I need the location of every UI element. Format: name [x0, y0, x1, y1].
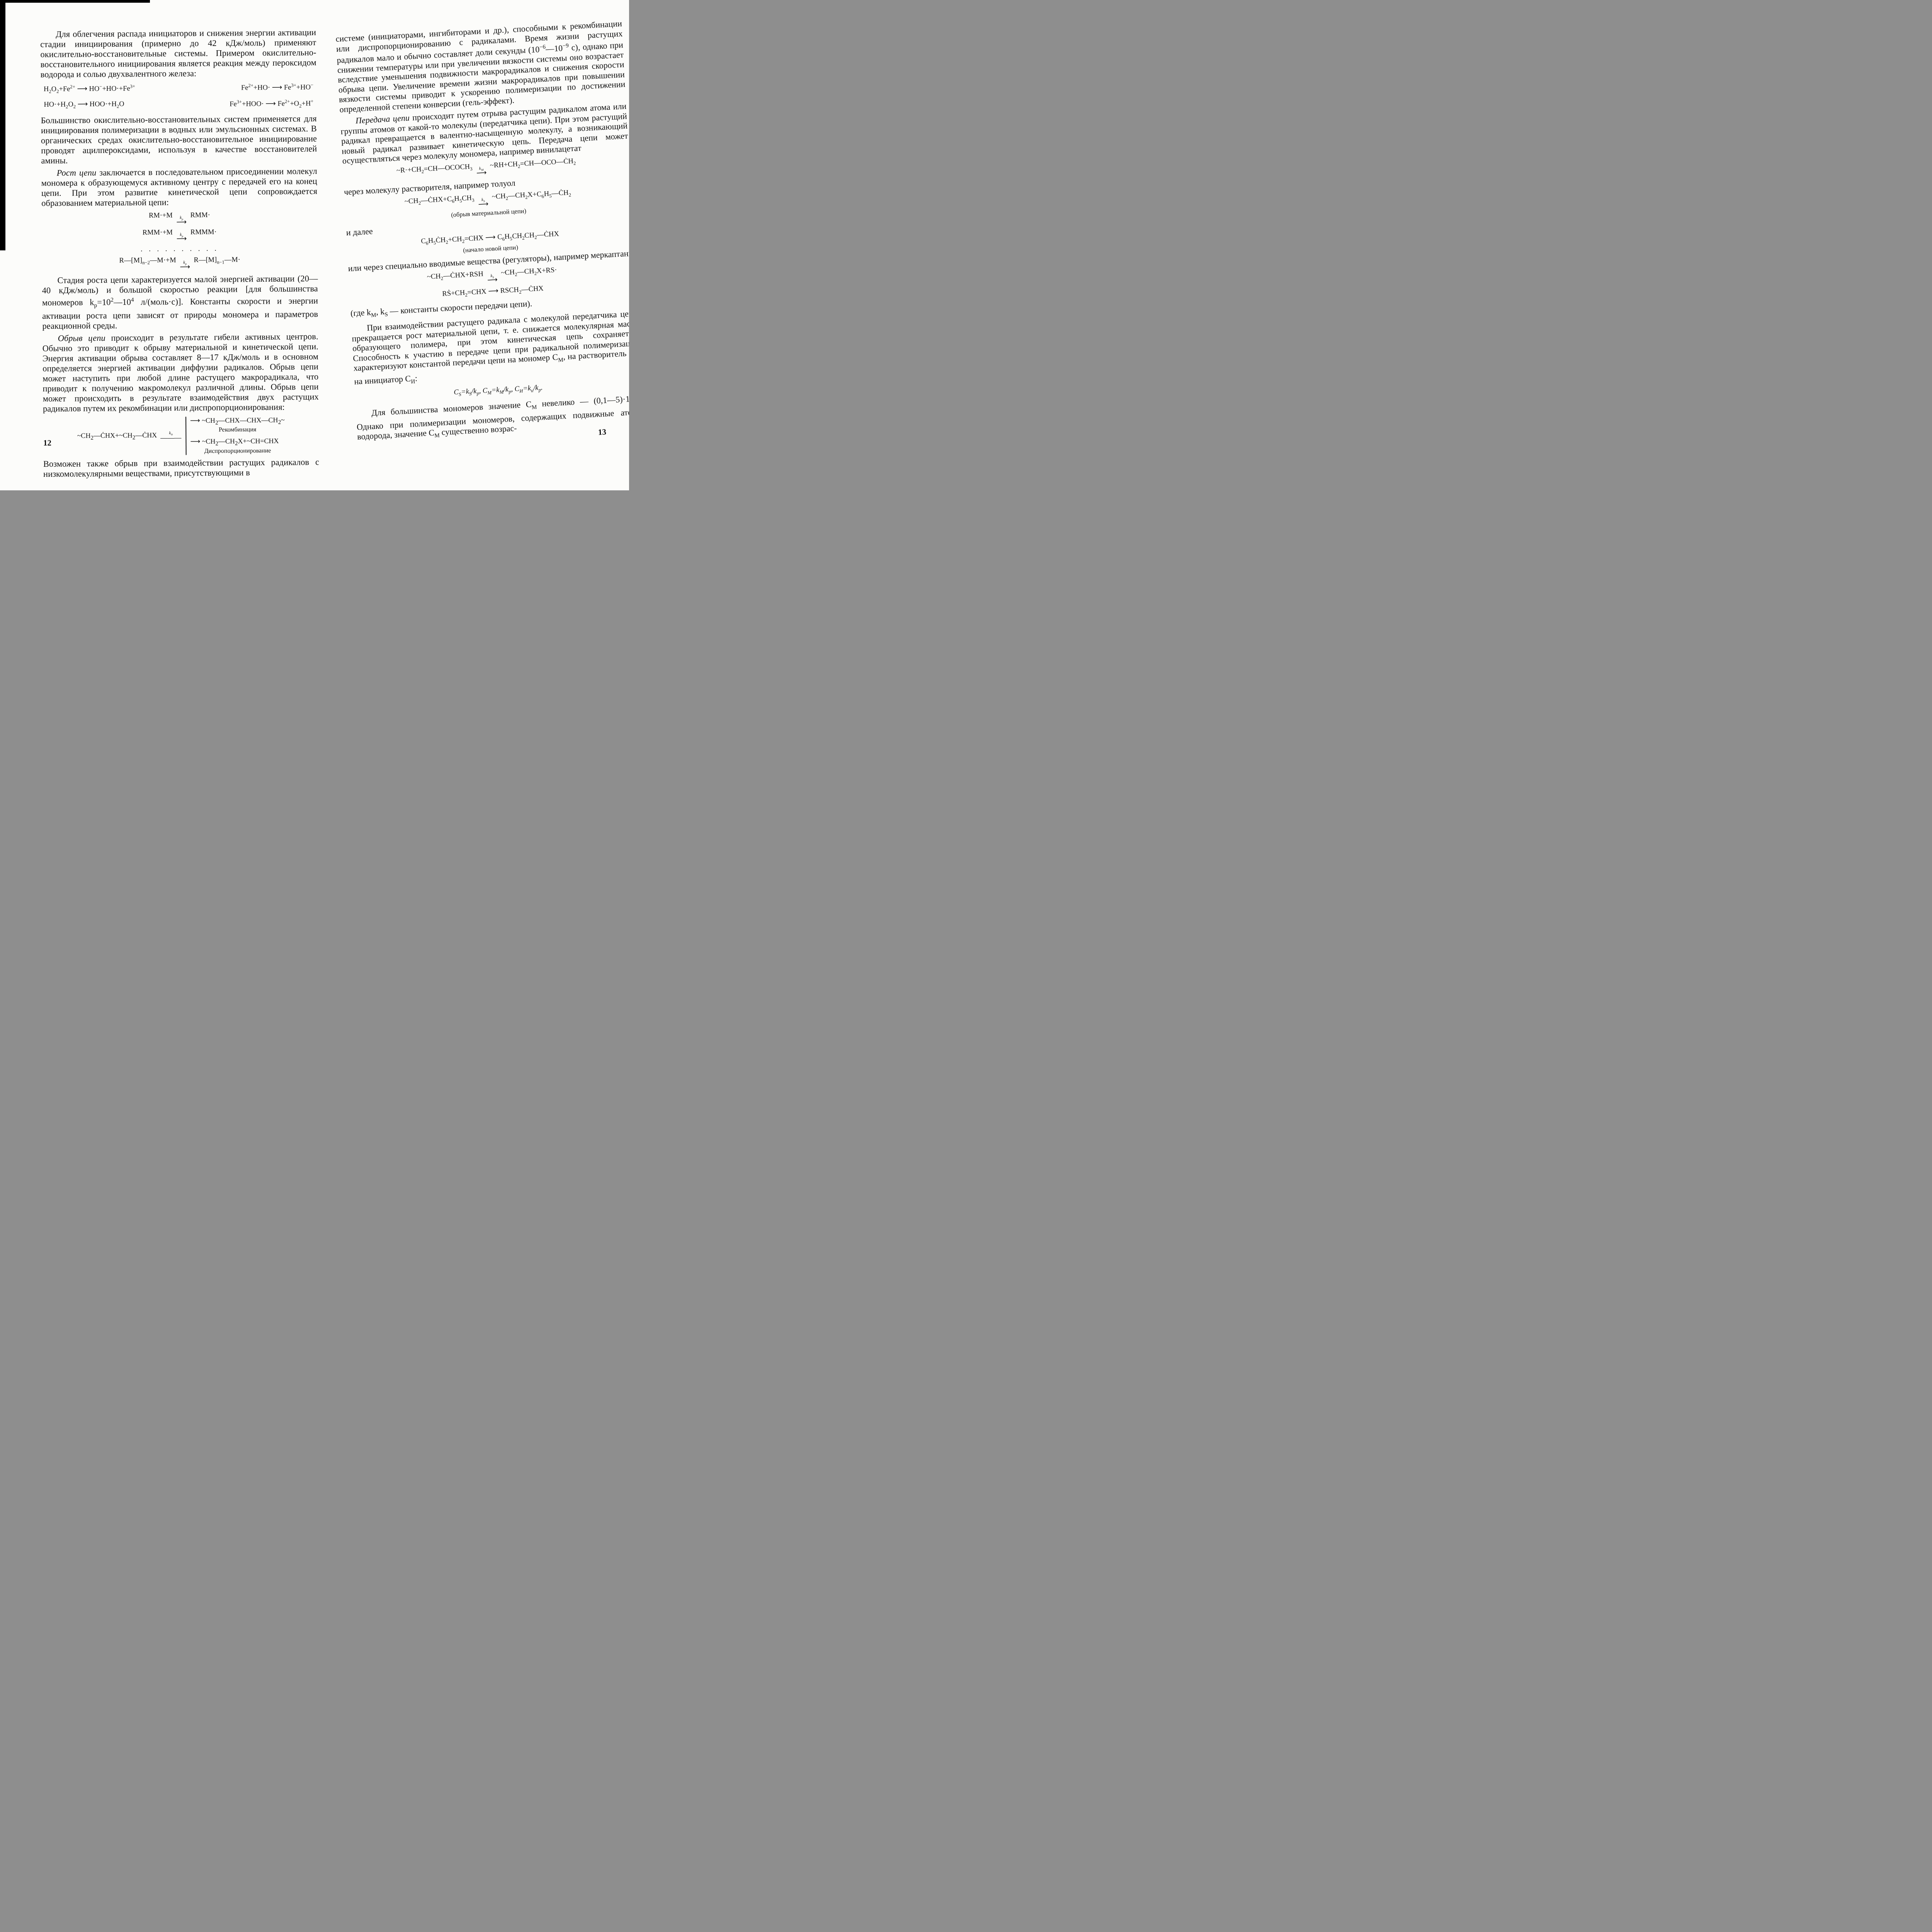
arrow-line: ———: [160, 435, 181, 441]
term-chain-growth: Рост цепи: [57, 168, 97, 178]
branch-disproportionation: ⟶ ~CH2—CH2X+~CH=CHX Диспропорционировани…: [190, 437, 285, 455]
page-right: системе (инициаторами, ингибиторами и др…: [335, 19, 629, 448]
caption-recombination: Рекомбинация: [190, 426, 285, 434]
equation-growth-3: R—[M]n−2—M·+M kр⟶ R—[M]n−1—M·: [42, 255, 318, 271]
equation-redox-2: Fe2++HO· ⟶ Fe3++HO−: [241, 82, 313, 94]
paragraph-redox-initiation: Для облегчения распада инициаторов и сни…: [40, 27, 316, 80]
scan-edge-artifact-left: [0, 0, 5, 250]
paragraph-growth-stage: Стадия роста цепи характеризуется малой …: [42, 274, 318, 331]
paragraph-transfer-effect: При взаимодействии растущего радикала с …: [351, 308, 629, 390]
equation-growth-2: RMM·+M kр⟶ RMMM·: [42, 227, 318, 243]
equation-termination-left: ~CH2—ĊHX+~CH2—ĊHX: [77, 431, 157, 441]
arrow-k-termination: kо ———: [160, 431, 181, 441]
page-left: Для облегчения распада инициаторов и сни…: [40, 27, 319, 481]
equation-growth-1: RM·+M kр⟶ RMM·: [41, 210, 317, 226]
term-chain-termination: Обрыв цепи: [58, 333, 105, 343]
paragraph-redox-usage: Большинство окислительно-восстановительн…: [41, 114, 317, 166]
page-number-13: 13: [598, 427, 606, 437]
scanned-book-spread: Для облегчения распада инициаторов и сни…: [0, 0, 629, 490]
equation-redox-1: H2O2+Fe2+ ⟶ HO−+HO·+Fe3+: [44, 83, 135, 95]
equation-disproportionation: ⟶ ~CH2—CH2X+~CH=CHX: [190, 437, 285, 447]
paragraph-chain-termination-text: происходит в результате гибели активных …: [43, 332, 319, 413]
paragraph-radical-lifetime: системе (инициаторами, ингибиторами и др…: [335, 19, 626, 114]
equation-redox-4: Fe3++HOO· ⟶ Fe2++O2+H+: [230, 99, 313, 110]
paragraph-termination-lowmolecular: Возможен также обрыв при взаимодействии …: [43, 457, 319, 479]
equation-redox-3: HO·+H2O2 ⟶ HOO·+H2O: [44, 100, 124, 111]
equation-recombination: ⟶ ~CH2—CHX—CHX—CH2~: [190, 416, 285, 426]
caption-disproportionation: Диспропорционирование: [190, 447, 285, 455]
equation-redox-system: H2O2+Fe2+ ⟶ HO−+HO·+Fe3+ Fe2++HO· ⟶ Fe3+…: [41, 82, 316, 111]
equation-chain-growth-block: RM·+M kр⟶ RMM· RMM·+M kр⟶ RMMM· . . . . …: [41, 210, 318, 272]
paragraph-chain-growth: Рост цепи заключается в последовательном…: [41, 166, 318, 208]
scan-edge-artifact-top: [0, 0, 150, 3]
page-number-12: 12: [43, 438, 51, 448]
equation-growth-ellipsis: . . . . . . . . . .: [42, 244, 318, 255]
branch-recombination: ⟶ ~CH2—CHX—CHX—CH2~ Рекомбинация: [190, 416, 285, 434]
equation-termination-scheme: ~CH2—ĊHX+~CH2—ĊHX kо ——— ⟶ ~CH2—CHX—CHX—…: [43, 416, 319, 456]
termination-branches: ⟶ ~CH2—CHX—CHX—CH2~ Рекомбинация ⟶ ~CH2—…: [185, 416, 285, 455]
paragraph-chain-termination: Обрыв цепи происходит в результате гибел…: [42, 332, 318, 414]
